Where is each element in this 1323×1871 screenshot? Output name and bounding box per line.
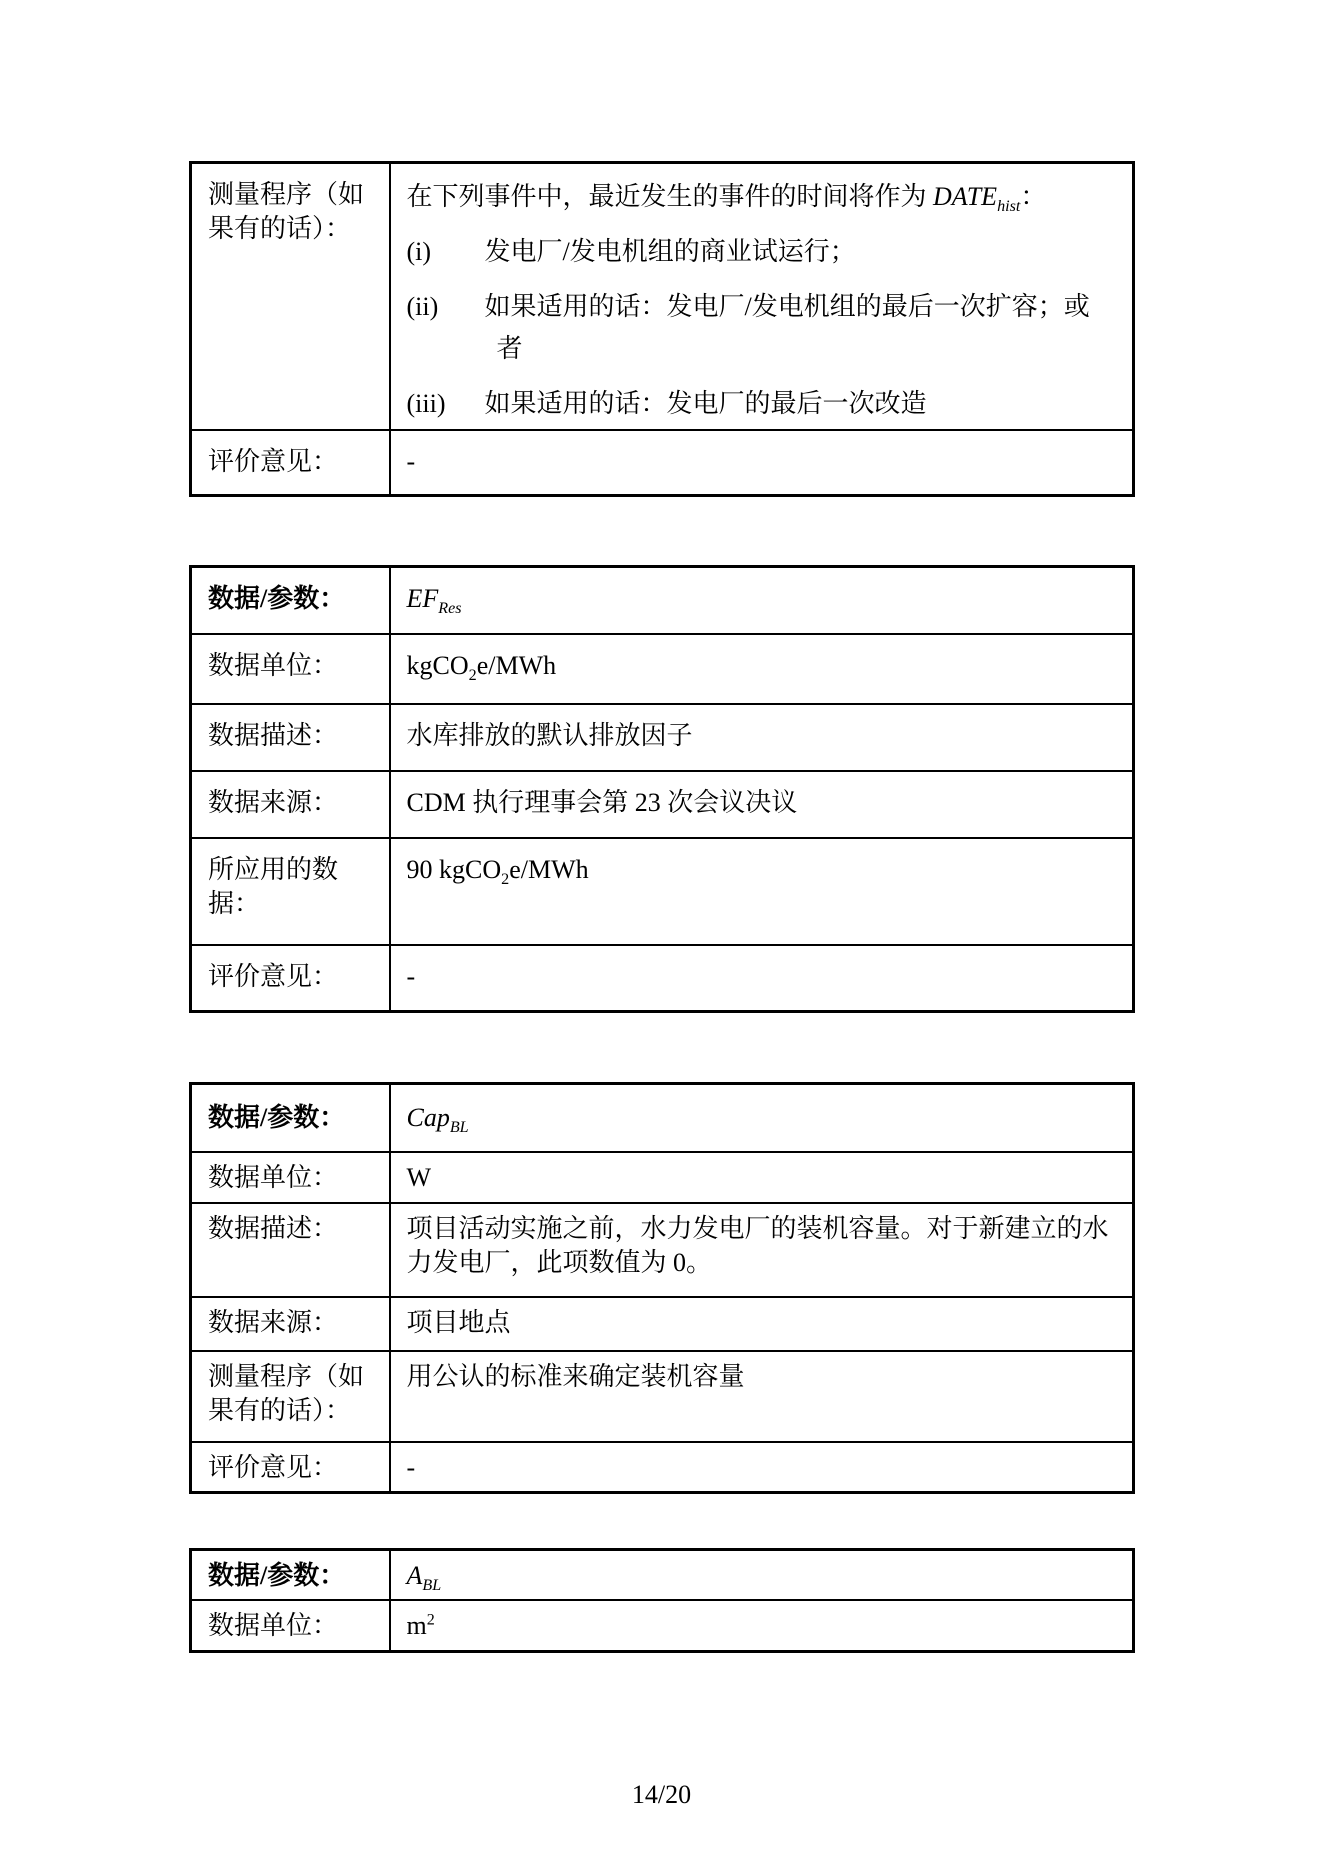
table-row: 评价意见： - bbox=[191, 430, 1134, 496]
table-row: 测量程序（如果有的话）： 用公认的标准来确定装机容量 bbox=[191, 1351, 1134, 1442]
list-item-text: 如果适用的话：发电厂的最后一次改造 bbox=[485, 387, 1115, 421]
procedure-intro: 在下列事件中，最近发生的事件的时间将作为 DATEhist： bbox=[407, 180, 1115, 214]
document-page: 测量程序（如果有的话）： 在下列事件中，最近发生的事件的时间将作为 DATEhi… bbox=[0, 0, 1323, 1871]
row-label-cell: 数据来源： bbox=[191, 1297, 390, 1351]
list-item-text: 如果适用的话：发电厂/发电机组的最后一次扩容；或 bbox=[485, 290, 1115, 324]
table-row: 数据单位： W bbox=[191, 1152, 1134, 1203]
applied-pre: 90 kgCO bbox=[407, 855, 502, 884]
page-number: 14/20 bbox=[0, 1778, 1323, 1812]
comment-value: - bbox=[407, 962, 416, 991]
param-date-hist-subscript: hist bbox=[997, 198, 1020, 215]
param-date-hist: DATE bbox=[933, 182, 997, 211]
applied-data-label: 所应用的数据： bbox=[208, 855, 338, 918]
row-label-cell: 数据/参数： bbox=[191, 567, 390, 634]
description-label: 数据描述： bbox=[208, 1214, 338, 1243]
unit-pre: m bbox=[407, 1611, 427, 1640]
row-value-cell: CDM 执行理事会第 23 次会议决议 bbox=[390, 771, 1134, 838]
row-value-cell: ABL bbox=[390, 1550, 1134, 1600]
table-row: 数据单位： kgCO2e/MWh bbox=[191, 634, 1134, 704]
row-value-cell: 项目地点 bbox=[390, 1297, 1134, 1351]
comment-label: 评价意见： bbox=[208, 447, 338, 476]
unit-label: 数据单位： bbox=[208, 651, 338, 680]
source-label: 数据来源： bbox=[208, 788, 338, 817]
row-value-cell: m2 bbox=[390, 1600, 1134, 1652]
comment-label: 评价意见： bbox=[208, 962, 338, 991]
parameter-table-a-bl: 数据/参数： ABL 数据单位： m2 bbox=[189, 1548, 1135, 1653]
row-value-cell: - bbox=[390, 945, 1134, 1012]
intro-text: 在下列事件中，最近发生的事件的时间将作为 bbox=[407, 182, 934, 211]
row-label-cell: 评价意见： bbox=[191, 430, 390, 496]
source-value: CDM 执行理事会第 23 次会议决议 bbox=[407, 788, 798, 817]
row-value-cell: 用公认的标准来确定装机容量 bbox=[390, 1351, 1134, 1442]
row-label-cell: 数据/参数： bbox=[191, 1084, 390, 1152]
procedure-value: 用公认的标准来确定装机容量 bbox=[407, 1362, 745, 1391]
table-row: 数据描述： 项目活动实施之前，水力发电厂的装机容量。对于新建立的水力发电厂，此项… bbox=[191, 1203, 1134, 1297]
unit-post: e/MWh bbox=[477, 651, 556, 680]
row-label-cell: 数据单位： bbox=[191, 634, 390, 704]
list-item: (i) 发电厂/发电机组的商业试运行； bbox=[407, 235, 1115, 269]
list-item-number: (ii) bbox=[407, 290, 485, 367]
row-label-cell: 数据单位： bbox=[191, 1152, 390, 1203]
row-label-cell: 数据描述： bbox=[191, 1203, 390, 1297]
param-name-subscript: Res bbox=[438, 601, 461, 618]
comment-label: 评价意见： bbox=[208, 1453, 338, 1482]
unit-label: 数据单位： bbox=[208, 1611, 338, 1640]
intro-colon: ： bbox=[1020, 182, 1046, 211]
list-item-number: (i) bbox=[407, 235, 485, 269]
comment-value: - bbox=[407, 1453, 416, 1482]
unit-superscript: 2 bbox=[427, 1611, 435, 1628]
table-row: 数据来源： 项目地点 bbox=[191, 1297, 1134, 1351]
param-header-label: 数据/参数： bbox=[208, 584, 345, 613]
param-name-subscript: BL bbox=[422, 1578, 441, 1595]
table-row: 评价意见： - bbox=[191, 945, 1134, 1012]
row-label-cell: 测量程序（如果有的话）： bbox=[191, 1351, 390, 1442]
table-row: 数据来源： CDM 执行理事会第 23 次会议决议 bbox=[191, 771, 1134, 838]
row-label-cell: 数据/参数： bbox=[191, 1550, 390, 1600]
parameter-table-procedure: 测量程序（如果有的话）： 在下列事件中，最近发生的事件的时间将作为 DATEhi… bbox=[189, 161, 1135, 497]
list-item-text: 发电厂/发电机组的商业试运行； bbox=[485, 235, 1115, 269]
description-value: 水库排放的默认排放因子 bbox=[407, 721, 693, 750]
list-item-text-wrap: 者 bbox=[497, 332, 1115, 366]
table-row: 数据/参数： ABL bbox=[191, 1550, 1134, 1600]
unit-value: m2 bbox=[407, 1611, 435, 1640]
row-label-cell: 数据单位： bbox=[191, 1600, 390, 1652]
row-label-cell: 测量程序（如果有的话）： bbox=[191, 163, 390, 430]
unit-value: kgCO2e/MWh bbox=[407, 651, 557, 680]
unit-value: W bbox=[407, 1163, 432, 1192]
row-label-cell: 评价意见： bbox=[191, 1442, 390, 1493]
row-value-cell: 90 kgCO2e/MWh bbox=[390, 838, 1134, 945]
row-value-cell: 项目活动实施之前，水力发电厂的装机容量。对于新建立的水力发电厂，此项数值为 0。 bbox=[390, 1203, 1134, 1297]
table-row: 数据描述： 水库排放的默认排放因子 bbox=[191, 704, 1134, 771]
param-name: Cap bbox=[407, 1103, 450, 1132]
unit-subscript: 2 bbox=[469, 667, 477, 684]
unit-label: 数据单位： bbox=[208, 1163, 338, 1192]
row-value-cell: W bbox=[390, 1152, 1134, 1203]
procedure-label: 测量程序（如果有的话）： bbox=[208, 1362, 364, 1425]
applied-post: e/MWh bbox=[509, 855, 588, 884]
row-label-cell: 数据描述： bbox=[191, 704, 390, 771]
row-label-cell: 数据来源： bbox=[191, 771, 390, 838]
list-item: (ii) 如果适用的话：发电厂/发电机组的最后一次扩容；或 者 bbox=[407, 290, 1115, 367]
row-value-cell: 水库排放的默认排放因子 bbox=[390, 704, 1134, 771]
row-value-cell: - bbox=[390, 1442, 1134, 1493]
row-label-cell: 所应用的数据： bbox=[191, 838, 390, 945]
row-value-cell: kgCO2e/MWh bbox=[390, 634, 1134, 704]
param-name-subscript: BL bbox=[450, 1120, 469, 1137]
parameter-table-ef-res: 数据/参数： EFRes 数据单位： kgCO2e/MWh 数据描述： 水库排放… bbox=[189, 565, 1135, 1013]
row-value-cell: EFRes bbox=[390, 567, 1134, 634]
table-row: 数据/参数： CapBL bbox=[191, 1084, 1134, 1152]
source-label: 数据来源： bbox=[208, 1308, 338, 1337]
comment-value: - bbox=[407, 447, 416, 476]
param-name: A bbox=[407, 1561, 423, 1590]
list-item-number: (iii) bbox=[407, 387, 485, 421]
row-label-cell: 评价意见： bbox=[191, 945, 390, 1012]
applied-subscript: 2 bbox=[501, 871, 509, 888]
param-header-label: 数据/参数： bbox=[208, 1103, 345, 1132]
table-row: 测量程序（如果有的话）： 在下列事件中，最近发生的事件的时间将作为 DATEhi… bbox=[191, 163, 1134, 430]
unit-pre: kgCO bbox=[407, 651, 469, 680]
parameter-table-cap-bl: 数据/参数： CapBL 数据单位： W 数据描述： 项目活动实施之前，水力发电… bbox=[189, 1082, 1135, 1494]
row-value-cell: - bbox=[390, 430, 1134, 496]
row-value-cell: 在下列事件中，最近发生的事件的时间将作为 DATEhist： (i) 发电厂/发… bbox=[390, 163, 1134, 430]
list-item: (iii) 如果适用的话：发电厂的最后一次改造 bbox=[407, 387, 1115, 421]
param-header-label: 数据/参数： bbox=[208, 1561, 345, 1590]
table-row: 数据/参数： EFRes bbox=[191, 567, 1134, 634]
row-value-cell: CapBL bbox=[390, 1084, 1134, 1152]
description-label: 数据描述： bbox=[208, 721, 338, 750]
param-name: EF bbox=[407, 584, 439, 613]
procedure-label: 测量程序（如果有的话）： bbox=[208, 180, 364, 243]
table-row: 所应用的数据： 90 kgCO2e/MWh bbox=[191, 838, 1134, 945]
table-row: 评价意见： - bbox=[191, 1442, 1134, 1493]
applied-data-value: 90 kgCO2e/MWh bbox=[407, 855, 589, 884]
table-row: 数据单位： m2 bbox=[191, 1600, 1134, 1652]
source-value: 项目地点 bbox=[407, 1308, 511, 1337]
description-value: 项目活动实施之前，水力发电厂的装机容量。对于新建立的水力发电厂，此项数值为 0。 bbox=[407, 1214, 1109, 1277]
